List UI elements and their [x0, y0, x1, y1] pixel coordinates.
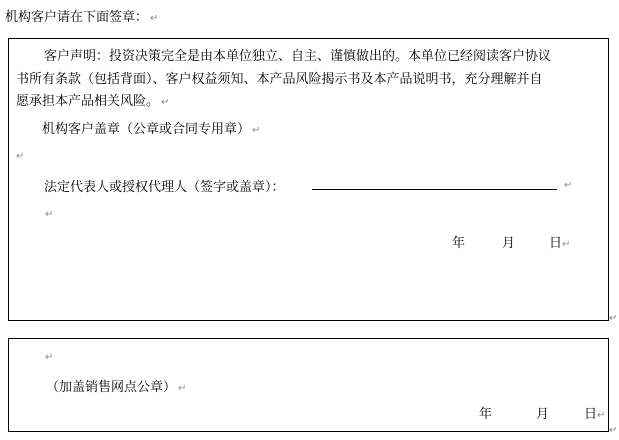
return-mark-icon: ↵	[252, 125, 260, 136]
return-mark-icon: ↵	[45, 209, 53, 220]
return-mark-icon: ↵	[161, 97, 169, 108]
declaration-line-1: 客户声明：投资决策完全是由本单位独立、自主、谨慎做出的。本单位已经阅读客户协议	[44, 45, 551, 64]
date-day: 日	[584, 407, 597, 422]
return-mark-icon: ↵	[178, 383, 186, 394]
heading-text: 机构客户请在下面签章：	[5, 10, 148, 25]
return-mark-icon: ↵	[150, 13, 158, 24]
return-mark-icon: ↵	[562, 239, 570, 250]
page-heading: 机构客户请在下面签章：↵	[5, 6, 158, 25]
date-day: 日	[549, 236, 562, 251]
signature-line[interactable]	[312, 189, 557, 190]
return-mark-icon: ↵	[609, 313, 617, 324]
date-year: 年	[452, 232, 465, 251]
institution-seal-label: 机构客户盖章（公章或合同专用章）	[42, 122, 250, 137]
return-mark-icon: ↵	[597, 410, 605, 421]
date-year: 年	[479, 403, 492, 422]
return-mark-icon: ↵	[609, 425, 617, 436]
signature-label: 法定代表人或授权代理人（签字或盖章）：	[44, 176, 285, 195]
sales-outlet-seal-label: （加盖销售网点公章）	[46, 380, 176, 395]
return-mark-icon: ↵	[564, 180, 572, 191]
declaration-line-3: 愿承担本产品相关风险。	[16, 94, 159, 109]
date-month: 月	[502, 232, 515, 251]
return-mark-icon: ↵	[45, 352, 53, 363]
declaration-line-2: 书所有条款（包括背面）、客户权益须知、本产品风险揭示书及本产品说明书，充分理解并…	[16, 68, 543, 87]
date-month: 月	[536, 403, 549, 422]
return-mark-icon: ↵	[16, 151, 24, 162]
